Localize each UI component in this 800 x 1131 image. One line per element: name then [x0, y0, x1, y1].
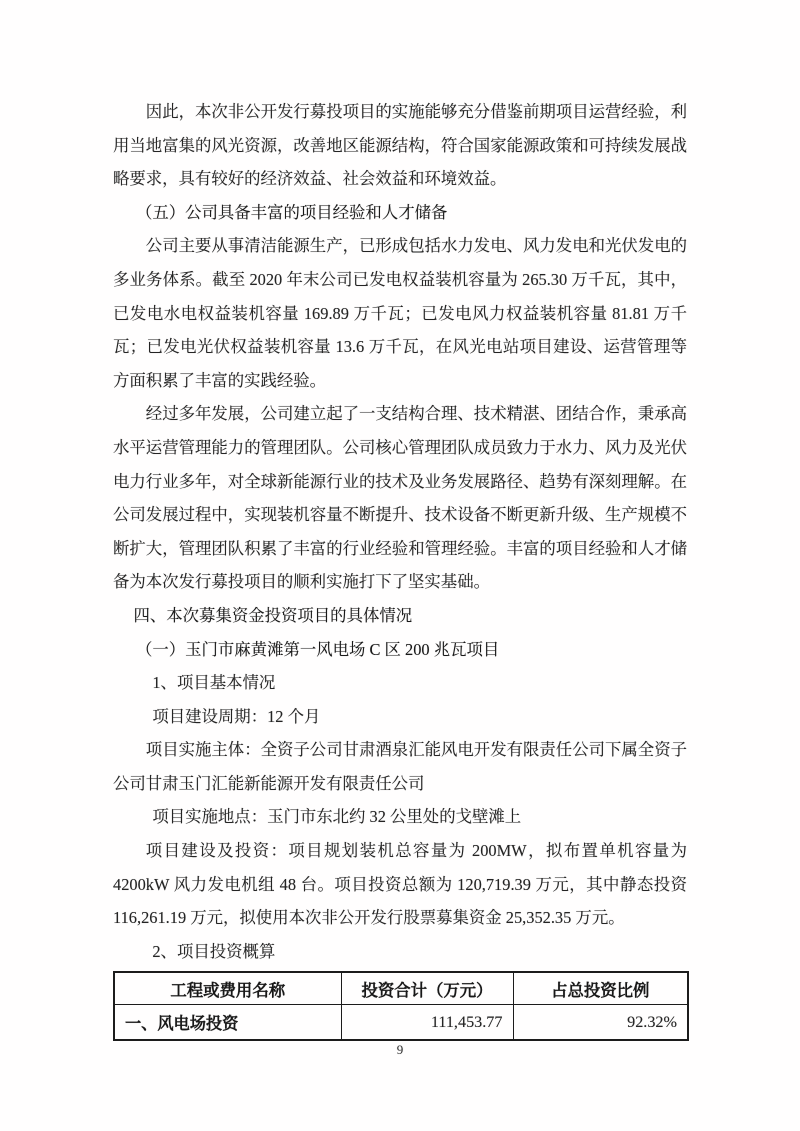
- document-page: 因此，本次非公开发行募投项目的实施能够充分借鉴前期项目运营经验，利用当地富集的风…: [0, 0, 800, 1131]
- paragraph-intro: 因此，本次非公开发行募投项目的实施能够充分借鉴前期项目运营经验，利用当地富集的风…: [113, 95, 687, 196]
- column-header-item-name: 工程或费用名称: [114, 972, 341, 1005]
- paragraph-location: 项目实施地点：玉门市东北约 32 公里处的戈壁滩上: [113, 800, 687, 834]
- subheading-basic-info: 1、项目基本情况: [113, 666, 687, 700]
- column-header-ratio: 占总投资比例: [513, 972, 688, 1005]
- document-content: 因此，本次非公开发行募投项目的实施能够充分借鉴前期项目运营经验，利用当地富集的风…: [113, 95, 687, 1041]
- heading-section-4: 四、本次募集资金投资项目的具体情况: [113, 599, 687, 633]
- table-header-row: 工程或费用名称 投资合计（万元） 占总投资比例: [114, 972, 688, 1005]
- cell-ratio: 92.32%: [513, 1005, 688, 1041]
- table-row: 一、风电场投资 111,453.77 92.32%: [114, 1005, 688, 1041]
- cell-item-name: 一、风电场投资: [114, 1005, 341, 1041]
- heading-section-5: （五）公司具备丰富的项目经验和人才储备: [113, 196, 687, 230]
- column-header-total-investment: 投资合计（万元）: [341, 972, 513, 1005]
- paragraph-construction-period: 项目建设周期：12 个月: [113, 700, 687, 734]
- heading-project-1: （一）玉门市麻黄滩第一风电场 C 区 200 兆瓦项目: [113, 633, 687, 667]
- subheading-budget: 2、项目投资概算: [113, 935, 687, 969]
- paragraph-capacity: 公司主要从事清洁能源生产，已形成包括水力发电、风力发电和光伏发电的多业务体系。截…: [113, 229, 687, 397]
- paragraph-implementing-entity: 项目实施主体：全资子公司甘肃酒泉汇能风电开发有限责任公司下属全资子公司甘肃玉门汇…: [113, 733, 687, 800]
- paragraph-investment: 项目建设及投资：项目规划装机总容量为 200MW，拟布置单机容量为 4200kW…: [113, 834, 687, 935]
- page-number: 9: [0, 1042, 800, 1058]
- cell-amount: 111,453.77: [341, 1005, 513, 1041]
- investment-budget-table: 工程或费用名称 投资合计（万元） 占总投资比例 一、风电场投资 111,453.…: [113, 971, 689, 1041]
- paragraph-team: 经过多年发展，公司建立起了一支结构合理、技术精湛、团结合作，秉承高水平运营管理能…: [113, 397, 687, 599]
